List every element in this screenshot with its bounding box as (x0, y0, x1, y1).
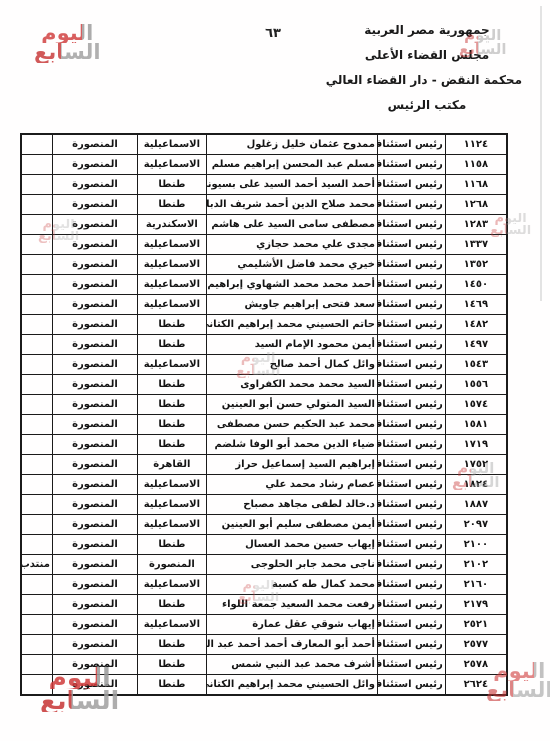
table-row: ٢١٧٩ رئيس استئناف رفعت محمد السعيد جمعة … (21, 595, 507, 615)
rank-cell: رئيس استئناف (377, 315, 445, 335)
note-cell (21, 155, 52, 175)
seniority-number-cell: ٢٥٧٨ (445, 655, 507, 675)
center-cell: المنصورة (52, 275, 137, 295)
header-line-council: مجلس القضاء الأعلى (332, 43, 522, 68)
judge-name-cell: إيهاب شوقي عقل عمارة (206, 615, 377, 635)
note-cell (21, 595, 52, 615)
judge-name-cell: سعد فتحى إبراهيم جاويش (206, 295, 377, 315)
region-cell: الاسماعيلية (137, 255, 206, 275)
region-cell: الاسماعيلية (137, 475, 206, 495)
table-row: ٢٦٢٤ رئيس استئناف وائل الحسيني محمد إبرا… (21, 675, 507, 696)
rank-cell: رئيس استئناف (377, 635, 445, 655)
header-line-country: جمهورية مصر العربية (332, 18, 522, 43)
region-cell: الاسماعيلية (137, 575, 206, 595)
judge-name-cell: مسلم عبد المحسن إبراهيم مسلم (206, 155, 377, 175)
note-cell (21, 435, 52, 455)
table-row: ٢٥٧٨ رئيس استئناف أشرف محمد عبد النبي شم… (21, 655, 507, 675)
seniority-number-cell: ١٨٨٧ (445, 495, 507, 515)
table-row: ٢١٦٠ رئيس استئناف محمد كمال طه كسبة الاس… (21, 575, 507, 595)
center-cell: المنصورة (52, 375, 137, 395)
judge-name-cell: خيري محمد فاضل الأشليمي (206, 255, 377, 275)
page-number: ٦٣ (258, 26, 288, 41)
note-cell (21, 355, 52, 375)
note-cell (21, 175, 52, 195)
rank-cell: رئيس استئناف (377, 275, 445, 295)
seniority-number-cell: ٢١٧٩ (445, 595, 507, 615)
note-cell (21, 275, 52, 295)
table-row: ٢٥٢١ رئيس استئناف إيهاب شوقي عقل عمارة ا… (21, 615, 507, 635)
region-cell: الاسماعيلية (137, 295, 206, 315)
rank-cell: رئيس استئناف (377, 555, 445, 575)
judge-name-cell: السيد المتولي حسن أبو العينين (206, 395, 377, 415)
rank-cell: رئيس استئناف (377, 435, 445, 455)
table-row: ١٤٦٩ رئيس استئناف سعد فتحى إبراهيم جاويش… (21, 295, 507, 315)
region-cell: طنطا (137, 375, 206, 395)
region-cell: طنطا (137, 415, 206, 435)
header-line-office: مكتب الرئيس (332, 93, 522, 118)
judge-name-cell: حاتم الحسيني محمد إبراهيم الكتاني (206, 315, 377, 335)
rank-cell: رئيس استئناف (377, 655, 445, 675)
judge-name-cell: ناجى محمد جابر الحلوجى (206, 555, 377, 575)
center-cell: المنصورة (52, 415, 137, 435)
seniority-number-cell: ١٢٦٨ (445, 195, 507, 215)
judge-name-cell: وائل كمال أحمد صالح (206, 355, 377, 375)
center-cell: المنصورة (52, 515, 137, 535)
table-row: ١٥٧٤ رئيس استئناف السيد المتولي حسن أبو … (21, 395, 507, 415)
judge-name-cell: أحمد السيد أحمد السيد على بسيوني (206, 175, 377, 195)
note-cell (21, 495, 52, 515)
judge-name-cell: عصام رشاد محمد علي (206, 475, 377, 495)
table-row: ١١٢٤ رئيس استئناف ممدوح عثمان خليل زغلول… (21, 134, 507, 155)
note-cell (21, 415, 52, 435)
region-cell: الاسماعيلية (137, 134, 206, 155)
rank-cell: رئيس استئناف (377, 495, 445, 515)
judges-table-body: ١١٢٤ رئيس استئناف ممدوح عثمان خليل زغلول… (21, 134, 507, 695)
note-cell (21, 655, 52, 675)
note-cell: منتدب (21, 555, 52, 575)
center-cell: المنصورة (52, 475, 137, 495)
region-cell: الاسماعيلية (137, 615, 206, 635)
region-cell: طنطا (137, 535, 206, 555)
seniority-number-cell: ١٧١٩ (445, 435, 507, 455)
judge-name-cell: وائل الحسيني محمد إبراهيم الكتاني (206, 675, 377, 696)
judge-name-cell: ضياء الدين محمد أبو الوفا شلضم (206, 435, 377, 455)
table-row: ١٣٥٢ رئيس استئناف خيري محمد فاضل الأشليم… (21, 255, 507, 275)
note-cell (21, 635, 52, 655)
document-header: جمهورية مصر العربية مجلس القضاء الأعلى م… (332, 18, 522, 118)
judge-name-cell: إيهاب حسين محمد العسال (206, 535, 377, 555)
note-cell (21, 375, 52, 395)
region-cell: طنطا (137, 595, 206, 615)
center-cell: المنصورة (52, 615, 137, 635)
center-cell: المنصورة (52, 295, 137, 315)
center-cell: المنصورة (52, 355, 137, 375)
note-cell (21, 615, 52, 635)
seniority-number-cell: ٢١٠٠ (445, 535, 507, 555)
judge-name-cell: أيمن مصطفى سليم أبو العينين (206, 515, 377, 535)
rank-cell: رئيس استئناف (377, 395, 445, 415)
table-row: ١٧١٩ رئيس استئناف ضياء الدين محمد أبو ال… (21, 435, 507, 455)
seniority-number-cell: ١٨٢٤ (445, 475, 507, 495)
rank-cell: رئيس استئناف (377, 375, 445, 395)
rank-cell: رئيس استئناف (377, 195, 445, 215)
watermark-line-1: اليوم (34, 24, 101, 43)
seniority-number-cell: ٢١٦٠ (445, 575, 507, 595)
note-cell (21, 255, 52, 275)
judges-table: ١١٢٤ رئيس استئناف ممدوح عثمان خليل زغلول… (20, 133, 508, 696)
region-cell: طنطا (137, 635, 206, 655)
table-row: ١٤٥٠ رئيس استئناف أحمد محمد محمد الشهاوي… (21, 275, 507, 295)
note-cell (21, 335, 52, 355)
rank-cell: رئيس استئناف (377, 255, 445, 275)
rank-cell: رئيس استئناف (377, 475, 445, 495)
rank-cell: رئيس استئناف (377, 215, 445, 235)
center-cell: المنصورة (52, 655, 137, 675)
note-cell (21, 675, 52, 696)
judge-name-cell: أحمد محمد محمد الشهاوي إبراهيم (206, 275, 377, 295)
region-cell: الاسماعيلية (137, 235, 206, 255)
seniority-number-cell: ١٥٤٣ (445, 355, 507, 375)
table-row: ١٥٨١ رئيس استئناف محمد عبد الحكيم حسن مص… (21, 415, 507, 435)
center-cell: المنصورة (52, 595, 137, 615)
judge-name-cell: محمد كمال طه كسبة (206, 575, 377, 595)
note-cell (21, 575, 52, 595)
seniority-number-cell: ١٤٩٧ (445, 335, 507, 355)
table-row: ١٥٥٦ رئيس استئناف السيد محمد محمد الكفرا… (21, 375, 507, 395)
note-cell (21, 515, 52, 535)
table-row: ١٤٩٧ رئيس استئناف أيمن محمود الإمام السي… (21, 335, 507, 355)
region-cell: الاسماعيلية (137, 355, 206, 375)
center-cell: المنصورة (52, 455, 137, 475)
rank-cell: رئيس استئناف (377, 455, 445, 475)
seniority-number-cell: ١١٥٨ (445, 155, 507, 175)
rank-cell: رئيس استئناف (377, 335, 445, 355)
center-cell: المنصورة (52, 535, 137, 555)
region-cell: طنطا (137, 675, 206, 696)
seniority-number-cell: ١١٢٤ (445, 134, 507, 155)
seniority-number-cell: ١٣٣٧ (445, 235, 507, 255)
center-cell: المنصورة (52, 395, 137, 415)
seniority-number-cell: ١٥٧٤ (445, 395, 507, 415)
table-row: ١١٥٨ رئيس استئناف مسلم عبد المحسن إبراهي… (21, 155, 507, 175)
center-cell: المنصورة (52, 195, 137, 215)
youm7-watermark: اليوم السابع (34, 24, 101, 63)
seniority-number-cell: ٢٥٧٧ (445, 635, 507, 655)
table-row: ٢١٠٢ رئيس استئناف ناجى محمد جابر الحلوجى… (21, 555, 507, 575)
center-cell: المنصورة (52, 575, 137, 595)
rank-cell: رئيس استئناف (377, 175, 445, 195)
table-row: ١١٦٨ رئيس استئناف أحمد السيد أحمد السيد … (21, 175, 507, 195)
seniority-number-cell: ٢٥٢١ (445, 615, 507, 635)
note-cell (21, 535, 52, 555)
rank-cell: رئيس استئناف (377, 235, 445, 255)
center-cell: المنصورة (52, 555, 137, 575)
rank-cell: رئيس استئناف (377, 615, 445, 635)
center-cell: المنصورة (52, 134, 137, 155)
region-cell: طنطا (137, 195, 206, 215)
region-cell: الاسماعيلية (137, 275, 206, 295)
table-row: ١٣٣٧ رئيس استئناف مجدى علي محمد حجازي ال… (21, 235, 507, 255)
table-row: ٢٥٧٧ رئيس استئناف أحمد أبو المعارف أحمد … (21, 635, 507, 655)
seniority-number-cell: ١٧٥٢ (445, 455, 507, 475)
note-cell (21, 195, 52, 215)
center-cell: المنصورة (52, 235, 137, 255)
judge-name-cell: أشرف محمد عبد النبي شمس (206, 655, 377, 675)
center-cell: المنصورة (52, 675, 137, 696)
judge-name-cell: مجدى علي محمد حجازي (206, 235, 377, 255)
table-row: ١٢٦٨ رئيس استئناف محمد صلاح الدين أحمد ش… (21, 195, 507, 215)
table-row: ١٥٤٣ رئيس استئناف وائل كمال أحمد صالح ال… (21, 355, 507, 375)
rank-cell: رئيس استئناف (377, 415, 445, 435)
center-cell: المنصورة (52, 315, 137, 335)
seniority-number-cell: ١٢٨٣ (445, 215, 507, 235)
judge-name-cell: د.خالد لطفى مجاهد مصباح (206, 495, 377, 515)
seniority-number-cell: ١٤٥٠ (445, 275, 507, 295)
center-cell: المنصورة (52, 175, 137, 195)
seniority-number-cell: ٢١٠٢ (445, 555, 507, 575)
note-cell (21, 235, 52, 255)
judge-name-cell: رفعت محمد السعيد جمعة اللواء (206, 595, 377, 615)
region-cell: طنطا (137, 335, 206, 355)
center-cell: المنصورة (52, 155, 137, 175)
region-cell: الاسكندرية (137, 215, 206, 235)
rank-cell: رئيس استئناف (377, 134, 445, 155)
rank-cell: رئيس استئناف (377, 295, 445, 315)
judge-name-cell: إبراهيم السيد إسماعيل حراز (206, 455, 377, 475)
note-cell (21, 315, 52, 335)
rank-cell: رئيس استئناف (377, 675, 445, 696)
seniority-number-cell: ١٥٥٦ (445, 375, 507, 395)
judge-name-cell: محمد عبد الحكيم حسن مصطفى (206, 415, 377, 435)
seniority-number-cell: ٢٦٢٤ (445, 675, 507, 696)
center-cell: المنصورة (52, 495, 137, 515)
region-cell: طنطا (137, 395, 206, 415)
document-page: جمهورية مصر العربية مجلس القضاء الأعلى م… (0, 0, 550, 741)
region-cell: الاسماعيلية (137, 155, 206, 175)
seniority-number-cell: ١١٦٨ (445, 175, 507, 195)
center-cell: المنصورة (52, 435, 137, 455)
header-line-court: محكمة النقض - دار القضاء العالي (332, 68, 522, 93)
seniority-number-cell: ١٤٦٩ (445, 295, 507, 315)
rank-cell: رئيس استئناف (377, 155, 445, 175)
table-row: ١٨٨٧ رئيس استئناف د.خالد لطفى مجاهد مصبا… (21, 495, 507, 515)
region-cell: طنطا (137, 175, 206, 195)
table-row: ٢١٠٠ رئيس استئناف إيهاب حسين محمد العسال… (21, 535, 507, 555)
table-row: ٢٠٩٧ رئيس استئناف أيمن مصطفى سليم أبو ال… (21, 515, 507, 535)
region-cell: طنطا (137, 435, 206, 455)
rank-cell: رئيس استئناف (377, 575, 445, 595)
center-cell: المنصورة (52, 635, 137, 655)
judge-name-cell: محمد صلاح الدين أحمد شريف الدباسطي (206, 195, 377, 215)
note-cell (21, 395, 52, 415)
center-cell: المنصورة (52, 335, 137, 355)
rank-cell: رئيس استئناف (377, 515, 445, 535)
region-cell: المنصورة (137, 555, 206, 575)
center-cell: المنصورة (52, 255, 137, 275)
judge-name-cell: ممدوح عثمان خليل زغلول (206, 134, 377, 155)
seniority-number-cell: ١٣٥٢ (445, 255, 507, 275)
rank-cell: رئيس استئناف (377, 355, 445, 375)
seniority-number-cell: ١٤٨٢ (445, 315, 507, 335)
region-cell: طنطا (137, 315, 206, 335)
region-cell: الاسماعيلية (137, 495, 206, 515)
note-cell (21, 134, 52, 155)
rank-cell: رئيس استئناف (377, 535, 445, 555)
region-cell: طنطا (137, 655, 206, 675)
note-cell (21, 455, 52, 475)
judge-name-cell: السيد محمد محمد الكفراوى (206, 375, 377, 395)
center-cell: المنصورة (52, 215, 137, 235)
seniority-number-cell: ٢٠٩٧ (445, 515, 507, 535)
judge-name-cell: أيمن محمود الإمام السيد (206, 335, 377, 355)
table-row: ١٢٨٣ رئيس استئناف مصطفى سامى السيد على ه… (21, 215, 507, 235)
note-cell (21, 475, 52, 495)
table-row: ١٤٨٢ رئيس استئناف حاتم الحسيني محمد إبرا… (21, 315, 507, 335)
judge-name-cell: مصطفى سامى السيد على هاشم (206, 215, 377, 235)
table-row: ١٨٢٤ رئيس استئناف عصام رشاد محمد علي الا… (21, 475, 507, 495)
region-cell: القاهرة (137, 455, 206, 475)
note-cell (21, 295, 52, 315)
scan-edge-artifact (540, 6, 542, 301)
watermark-line-2: السابع (34, 43, 101, 62)
region-cell: الاسماعيلية (137, 515, 206, 535)
table-row: ١٧٥٢ رئيس استئناف إبراهيم السيد إسماعيل … (21, 455, 507, 475)
seniority-number-cell: ١٥٨١ (445, 415, 507, 435)
rank-cell: رئيس استئناف (377, 595, 445, 615)
judge-name-cell: أحمد أبو المعارف أحمد أحمد عبد الهادي (206, 635, 377, 655)
note-cell (21, 215, 52, 235)
